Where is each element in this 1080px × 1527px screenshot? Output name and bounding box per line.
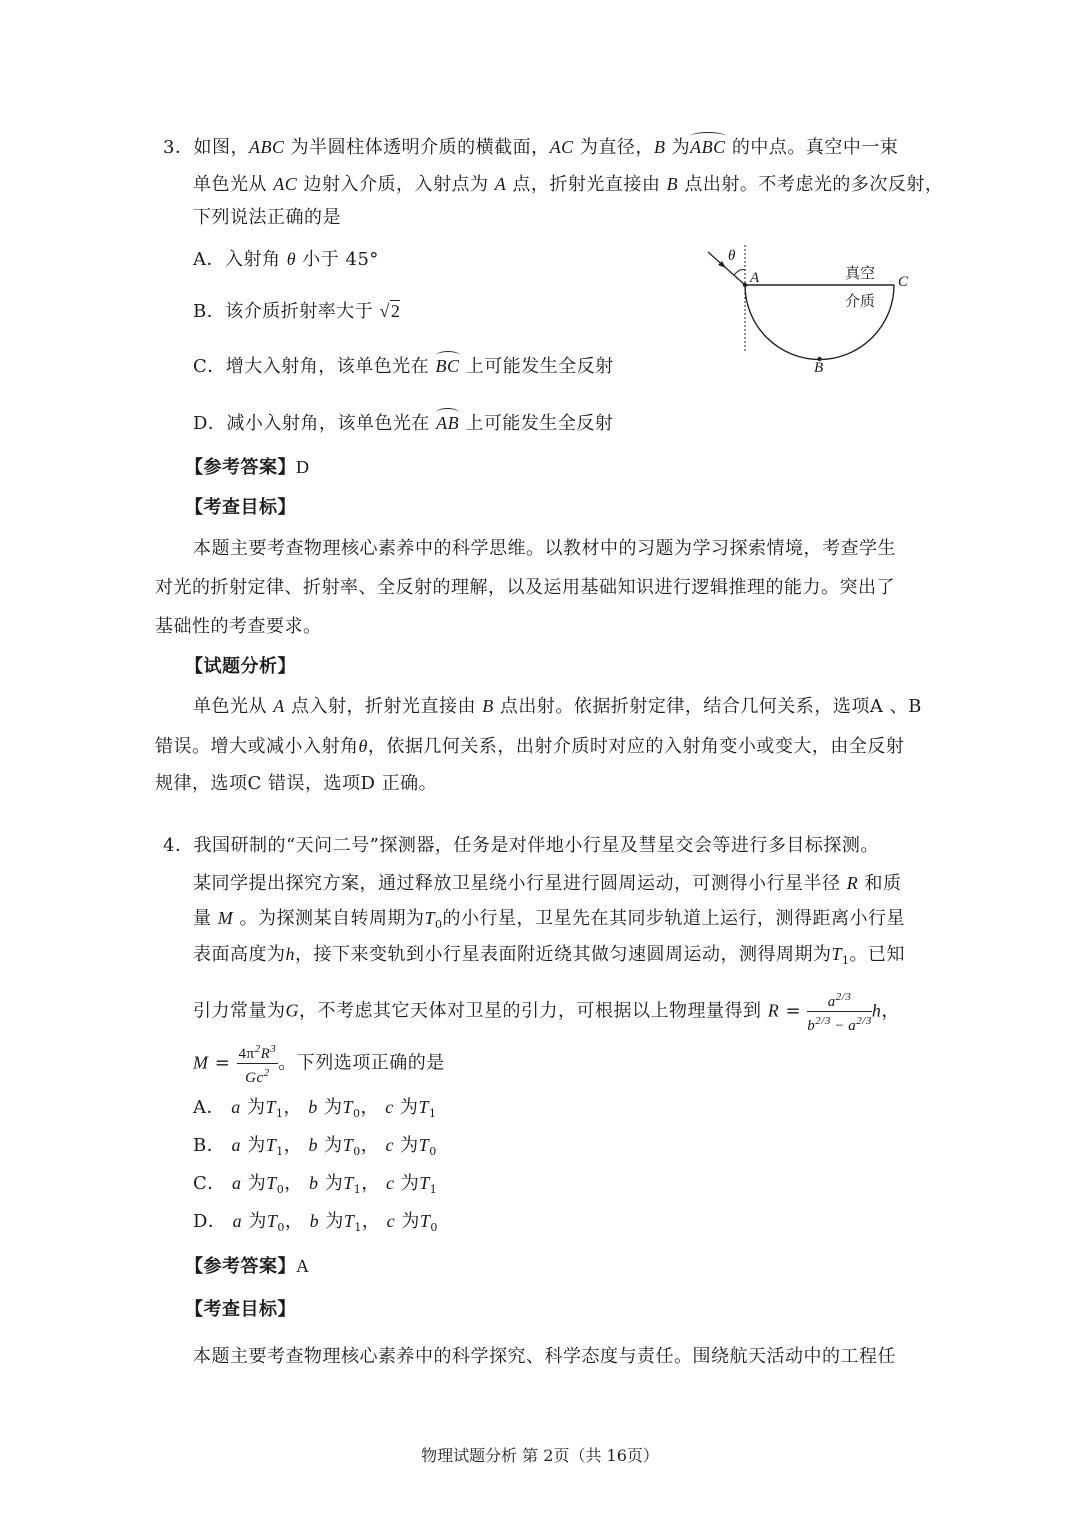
q4-stem-line-5: 引力常量为G，不考虑其它天体对卫星的引力，可根据以上物理量得到 R = a2/3… — [193, 988, 900, 1035]
arc-bc: BC — [436, 354, 460, 378]
label-medium: 介质 — [845, 290, 875, 311]
point-a — [743, 283, 747, 287]
sqrt-symbol: √2 — [379, 300, 400, 321]
q4-stem-line-2: 某同学提出探究方案，通过释放卫星绕小行星进行圆周运动，可测得小行星半径 R 和质 — [193, 871, 901, 896]
q4-option-a: A． a 为T1， b 为T0， c 为T1 — [193, 1095, 436, 1126]
q3-option-a: A．入射角 θ 小于 45° — [193, 247, 379, 272]
label-vacuum: 真空 — [845, 262, 875, 283]
q4-stem-line-1: 4．我国研制的“天问二号”探测器，任务是对伴地小行星及彗星交会等进行多目标探测。 — [163, 834, 879, 858]
q4-objective-heading: 【考查目标】 — [185, 1298, 296, 1322]
q3-objective-line-3: 基础性的考查要求。 — [155, 615, 322, 639]
refraction-diagram-svg — [690, 240, 930, 380]
incident-ray — [708, 252, 745, 285]
q3-objective-line-1: 本题主要考查物理核心素养中的科学思维。以教材中的习题为学习探索情境，考查学生 — [193, 537, 896, 561]
q3-stem-line-1: 3．如图，ABC 为半圆柱体透明介质的横截面，AC 为直径，B 为ABC 的中点… — [163, 135, 898, 160]
q4-option-d: D． a 为T0， b 为T1， c 为T0 — [193, 1209, 438, 1240]
q4-stem-line-3: 量 M 。为探测某自转周期为T0的小行星，卫星先在其同步轨道上运行，测得距离小行… — [193, 906, 905, 937]
semicircle-diagram: θ A C B 真空 介质 — [690, 240, 930, 380]
q4-objective-line-1: 本题主要考查物理核心素养中的科学探究、科学态度与责任。围绕航天活动中的工程任 — [193, 1345, 896, 1369]
q3-option-b: B．该介质折射率大于 √2 — [193, 299, 400, 324]
q3-analysis-line-1: 单色光从 A 点入射，折射光直接由 B 点出射。依据折射定律，结合几何关系，选项… — [193, 694, 922, 719]
q4-stem-line-4: 表面高度为h，接下来变轨到小行星表面附近绕其做匀速圆周运动，测得周期为T1。已知 — [193, 942, 905, 973]
page-footer: 物理试题分析 第 2页（共 16页） — [0, 1443, 1080, 1466]
label-a: A — [750, 270, 759, 287]
angle-arc — [734, 270, 745, 275]
radius-formula-fraction: a2/3b2/3 − a2/3 — [807, 988, 872, 1035]
q3-analysis-line-2: 错误。增大或减小入射角θ，依据几何关系，出射介质时对应的入射角变小或变大，由全反… — [155, 734, 904, 759]
q4-stem-line-6: M = 4π2R3Gc2。下列选项正确的是 — [193, 1040, 445, 1087]
q4-option-b: B． a 为T1， b 为T0， c 为T0 — [193, 1133, 437, 1164]
q4-answer: 【参考答案】A — [185, 1254, 310, 1279]
q4-option-c: C． a 为T0， b 为T1， c 为T1 — [193, 1171, 437, 1202]
label-b: B — [814, 360, 823, 377]
q3-option-d: D．减小入射角，该单色光在 AB 上可能发生全反射 — [193, 411, 613, 436]
mass-formula-fraction: 4π2R3Gc2 — [237, 1040, 279, 1087]
arc-abc: ABC — [690, 135, 726, 159]
theta-label: θ — [728, 248, 735, 265]
arc-ab: AB — [436, 411, 459, 435]
q3-objective-heading: 【考查目标】 — [185, 496, 296, 520]
q3-analysis-line-3: 规律，选项C 错误，选项D 正确。 — [155, 772, 437, 796]
label-c: C — [898, 274, 908, 291]
q3-analysis-heading: 【试题分析】 — [185, 655, 296, 679]
q3-option-c: C．增大入射角，该单色光在 BC 上可能发生全反射 — [193, 354, 614, 379]
q3-answer: 【参考答案】D — [185, 455, 310, 480]
q3-stem-line-2: 单色光从 AC 边射入介质，入射点为 A 点，折射光直接由 B 点出射。不考虑光… — [193, 172, 943, 197]
q3-objective-line-2: 对光的折射定律、折射率、全反射的理解，以及运用基础知识进行逻辑推理的能力。突出了 — [155, 576, 895, 600]
q3-stem-line-3: 下列说法正确的是 — [193, 206, 341, 230]
